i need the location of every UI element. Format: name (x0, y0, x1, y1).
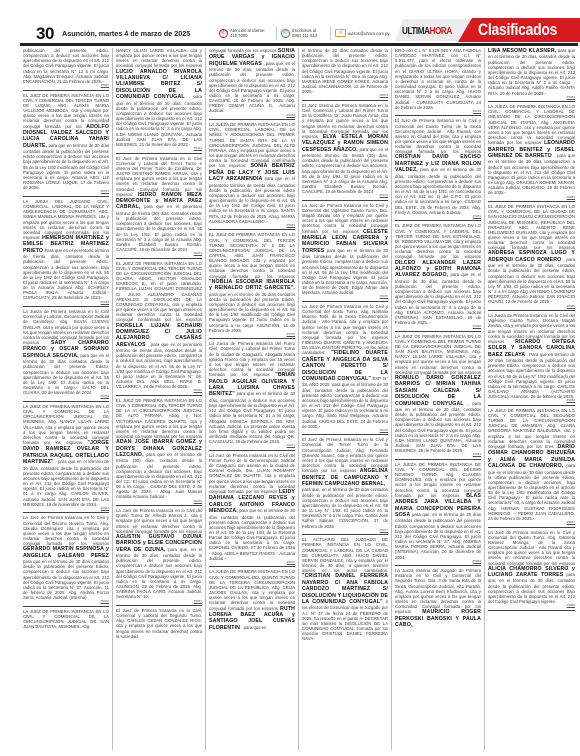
page-number: 30 (36, 24, 54, 44)
notice-code: #5084 (488, 196, 575, 200)
legal-notice: EL JUEZ DE PRIMERA INSTANCIA EN LO CIVIL… (116, 398, 202, 506)
notice-code: #5086 (488, 399, 575, 403)
notice-code: #5059 (23, 395, 109, 399)
legal-notice: La Juez de Primera Instancia en lo Civil… (302, 203, 388, 302)
column-6: LINA MESOMO KLASNER, para que en el térm… (485, 48, 578, 750)
notice-text-continued: EXP. N° 28, AÑO 2025, para que en el tér… (302, 376, 388, 429)
legal-notice: La Jueza de Primera Instancia en lo Civi… (488, 313, 575, 406)
notice-text-continued: para que en el término de 30 días contad… (209, 292, 295, 333)
legal-notice: el término de 30 días contados desde la … (302, 48, 388, 101)
notice-text-continued: , para que, en el término de 30 días con… (302, 481, 388, 529)
legal-notice: NANCY LILIAN LARRE VILLALBA, cita y empl… (116, 48, 202, 154)
contact-whatsapp: ✆ Escríbinos al 0981 111 013 (276, 26, 317, 40)
notice-code: #5078 (395, 110, 481, 114)
notice-code: #5081 (395, 453, 481, 457)
column-1: publicación del presente edicto, compare… (20, 48, 113, 750)
phone-icon: ✆ (219, 29, 228, 38)
contact-phone-value: 415 7000 (230, 33, 247, 38)
notice-code: #5087 (488, 521, 575, 525)
mail-icon: ✉ (335, 29, 346, 37)
legal-notice: LINA MESOMO KLASNER, para que en el térm… (488, 48, 575, 102)
notice-text: EL JUEZ DE PRIMERA INSTANCIA EN LO CIVIL… (209, 232, 295, 278)
notice-text-continued: para que en el término de 30 días, conta… (395, 272, 481, 325)
notice-text-continued: para que en el término de 30 días contad… (302, 248, 388, 296)
notice-text-continued: , para que en el término de 30 días, con… (116, 94, 202, 147)
notice-text-continued: para que en el término de 30 días contad… (23, 559, 109, 600)
notice-code: #5072 (209, 561, 295, 565)
legal-notice: La Juez de Primera Instancia en lo Civil… (488, 530, 575, 611)
notice-text: La Juez de Primera Instancia en lo Civil… (488, 530, 575, 566)
notice-code: #5071 (209, 444, 295, 448)
legal-notice: LA JUEZA DE PRIMERA INSTANCIA DE CIVIL Y… (395, 462, 481, 566)
notice-code: #5077 (302, 529, 388, 533)
notice-code: #5068 (209, 114, 295, 118)
notice-code: #5083 (488, 96, 575, 100)
notice-code: #5075 (302, 295, 388, 299)
notice-text-continued: para que en el término de 30 días contad… (488, 463, 575, 521)
notice-code: #5074 (302, 194, 388, 198)
legal-notice: LA JUEZ DE PRIMERA INSTANCIA EN LO CIVIL… (23, 404, 109, 513)
notice-text: el término de 30 días contados desde la … (302, 48, 388, 94)
section-banner: Clasificados (458, 18, 580, 42)
legal-notice: La Jueza de Primera Instancia en lo Civi… (23, 309, 109, 402)
legal-notice: EL JUEZ DE PRIMERA INSTANCIA EN LO CIVIL… (209, 232, 295, 339)
column-4: el término de 30 días contados desde la … (299, 48, 392, 750)
notice-code: #5076 (302, 429, 388, 433)
notice-text-continued: para que en el término de treinta (30) d… (116, 452, 202, 500)
legal-notice: EL JUEZ DE PRIMERA INSTANCIA EN LO CIVIL… (395, 223, 481, 331)
notice-text: La Juez de Primera Instancia en lo Civil… (209, 453, 295, 494)
spouses-names: LINA MESOMO KLASNER, (488, 48, 556, 54)
spouses-names: ANDRESA ESPINOZA LUGO Y ADERQUI CASCO RO… (488, 250, 575, 262)
legal-notice: La Jueza Interina del Juzgado de Primera… (395, 568, 481, 630)
notice-text-continued: , para que en el término de 30 días, con… (488, 257, 575, 305)
notice-text: El Juez de Primera Instancia en lo Civil… (395, 118, 481, 154)
notice-code: #5062 (23, 600, 109, 604)
legal-notice: LA JUEZA DE PRIMERA INSTANCIA EN LO CIVI… (209, 569, 295, 633)
contact-whatsapp-value: 0981 111 013 (292, 33, 317, 38)
notice-text-continued: Para que en el perentorio término de tre… (23, 248, 109, 301)
legal-notice: LA JUEZ DE PRIMERA INSTANCIA EN LO CIVIL… (23, 609, 109, 632)
notice-text-continued: para que, en el término de 30 días conta… (395, 512, 481, 560)
notice-code: #5082 (395, 560, 481, 564)
notice-text: EL JUEZ DE PRIMERA INSTANCIA EN LO CIVIL… (395, 223, 481, 259)
publication-date: Asunción, martes 4 de marzo de 2025 (62, 29, 190, 38)
column-3: conyugal formada por los esposos SONIA O… (206, 48, 299, 750)
legal-notice: El Juez de Primera Instancia en lo Civil… (395, 118, 481, 221)
notice-text: La Juez de Primera Instancia en lo Civil… (116, 508, 202, 534)
legal-notice: El Juez de Primera Instancia en lo Civil… (116, 608, 202, 641)
notice-text-continued: , para que en el perentorio término de t… (116, 342, 202, 390)
notice-text-continued: para que en el término de 30 días contad… (23, 353, 109, 395)
notice-text-continued: para que en el término de 30 días, conta… (488, 48, 575, 96)
notice-code: #5080 (395, 325, 481, 329)
notice-code: #5061 (23, 507, 109, 511)
legal-notice: EL JUEZ DE PRIMERA INSTANCIA EN LO CIVIL… (23, 93, 109, 197)
notice-text: La Juez de Primera Instancia en lo Civil… (302, 304, 388, 355)
ultimahora-logo: ULTIMAHORA (402, 25, 452, 37)
notice-text: LA JUEZA DE PRIMERA INSTANCIA EN LO CIVI… (209, 122, 295, 168)
notice-text: EL JUEZ DE PRIMERA INSTANCIA EN LO CIVIL… (116, 398, 202, 439)
classifieds-columns: publicación del presente edicto, compare… (20, 48, 578, 750)
notice-code: #5060 (23, 84, 109, 88)
legal-notice: LA JUEZ DE PRIMERA INSTANCIA EN LO CIVIL… (488, 408, 575, 528)
notice-text: El Juez de Primera Instancia en lo Civil… (116, 608, 202, 639)
legal-notice: EL JUEZ DE PRIMERA INSTANCIA EN LO CIVIL… (116, 261, 202, 396)
spouses-names: "CRISTIAN DANIEL FERREIRA NAVARRO C/ ANA… (302, 573, 388, 605)
notice-code: #5057 (23, 190, 109, 194)
notice-text: LA JUEZ DE PRIMERA INSTANCIA EN LO CIVIL… (23, 609, 109, 629)
notice-text: La Jueza Interina del Juzgado de Primera… (395, 568, 481, 614)
spouses-names: ALICIA CHAMORRO SILVERO y LUCIANO ZARATE… (488, 566, 575, 578)
notice-code: #5063 (116, 147, 202, 151)
notice-text-continued: . Para que en término de 30 días contado… (488, 352, 575, 400)
legal-notice: LA JUEZA DE PRIMERA INSTANCIA EN LO CIVI… (488, 104, 575, 202)
page-header: 30 Asunción, martes 4 de marzo de 2025 ✆… (0, 0, 580, 42)
notice-text-continued: , para que en el término de 30 días, con… (395, 401, 481, 454)
column-2: NANCY LILIAN LARRE VILLALBA, cita y empl… (113, 48, 206, 750)
legal-notice: La Jueza de Primera Instancia del Fuero … (209, 341, 295, 450)
notice-code: #5073 (302, 94, 388, 98)
notice-text-continued: , para que en el término de 30 días comp… (488, 153, 575, 195)
contact-email: ✉ avisos@uhora.com.py (330, 26, 390, 40)
notice-text-continued: a los efectos de comunicar que el Juzgad… (302, 599, 388, 641)
notice-text-continued: para que en el término de 30 días, conta… (395, 167, 481, 215)
contact-email-value: avisos@uhora.com.py (348, 31, 390, 36)
legal-notice: LA JUEZ DE PRIMERA INSTANCIA EN LO CIVIL… (395, 334, 481, 460)
legal-notice: RRO con C.I. N° 5.229.048 Y ANA FABIOLA … (395, 48, 481, 116)
notice-text: EL JUEZ DE PRIMERA INSTANCIA EN LO CIVIL… (488, 204, 575, 250)
legal-notice: La Juez de Primera Instancia en lo Civil… (23, 515, 109, 607)
column-5: RRO con C.I. N° 5.229.048 Y ANA FABIOLA … (392, 48, 485, 750)
notice-text: RRO con C.I. N° 5.229.048 Y ANA FABIOLA … (395, 48, 481, 110)
notice-text: publicación del presente edicto, compare… (23, 48, 109, 84)
notice-text-continued: para que en el término de 30 días, compa… (209, 391, 295, 444)
notice-code: #5079 (395, 215, 481, 219)
notice-code: #5070 (209, 333, 295, 337)
whatsapp-icon: ✆ (281, 29, 290, 38)
legal-notice: La Juez de Primera Instancia en lo Civil… (116, 508, 202, 606)
notice-text: LA JUEZ DE PRIMERA INSTANCIA EN LO CIVIL… (488, 408, 575, 449)
notice-text-continued: para que en término de 30 días contados … (23, 143, 109, 191)
section-title: Clasificados (478, 20, 557, 40)
spouses-names: "NOBLIA ESCOBAR IBARROLA y REINALDO ORTI… (209, 279, 295, 291)
notice-code: #5085 (488, 305, 575, 309)
notice-code: #5066 (116, 500, 202, 504)
notice-code: #5064 (116, 252, 202, 256)
notice-text-continued: , para que en el término de 30 días, con… (23, 459, 109, 507)
legal-notice: El Juez de Primera Instancia en lo Civil… (302, 437, 388, 535)
notice-code: #5069 (209, 224, 295, 228)
notice-text: LA JUEZ DE PRIMERA INSTANCIA EN LO CIVIL… (23, 404, 109, 445)
notice-text: LA JUEZ DE PRIMERA INSTANCIA EN LO CIVIL… (395, 334, 481, 375)
header-rule (20, 43, 578, 46)
notice-text: LA JUEZA DE PRIMERA INSTANCIA EN LO CIVI… (209, 569, 295, 610)
notice-text-continued: para que en el perentorio término de tre… (209, 176, 295, 224)
legal-notice: EL ACTUARIO DEL JUZGADO DE PRIMERA INSTA… (302, 537, 388, 643)
notice-text-continued: , para que, en el término de 30 días, co… (209, 61, 295, 114)
notice-text: conyugal formada por los esposos (209, 48, 276, 53)
legal-notice: La Juez de Primera Instancia en lo Civil… (302, 304, 388, 435)
notice-code: #5067 (116, 600, 202, 604)
notice-text-continued: para que en el perentorio término de tre… (116, 204, 202, 252)
legal-notice: El Juez Interino de Primera Instancia en… (302, 103, 388, 201)
notice-code: #5058 (23, 301, 109, 305)
legal-notice: conyugal formada por los esposos SONIA O… (209, 48, 295, 120)
notice-text: LA JUEZA DEL JUZGADO CIVIL, COMERCIAL, L… (23, 199, 109, 240)
legal-notice: El Juez de Primera Instancia en lo Civil… (116, 156, 202, 259)
notice-text: EL ACTUARIO DEL JUZGADO DE PRIMERA INSTA… (302, 537, 388, 573)
notice-code: #5065 (116, 389, 202, 393)
notice-text: La Juez de Primera Instancia en lo Civil… (23, 515, 109, 546)
notice-text-continued: para que en el término de 30 días contad… (209, 508, 295, 561)
notice-text-continued: para que en el perentorio término de tre… (302, 147, 388, 195)
notice-text-continued: , para que en (241, 625, 266, 630)
notice-text: El Juez de Primera Instancia en lo Civil… (116, 156, 202, 197)
notice-text: LA JUEZA DE PRIMERA INSTANCIA EN LO CIVI… (488, 104, 575, 145)
notice-text: EL JUEZ DE PRIMERA INSTANCIA EN LO CIVIL… (116, 261, 202, 323)
notice-code: #5088 (488, 604, 575, 608)
legal-notice: La Juez de Primera Instancia en lo Civil… (209, 453, 295, 568)
legal-notice: LA JUEZA DEL JUZGADO CIVIL, COMERCIAL, L… (23, 199, 109, 307)
notice-text: NANCY LILIAN LARRE VILLALBA, cita y empl… (116, 48, 202, 68)
legal-notice: EL JUEZ DE PRIMERA INSTANCIA EN LO CIVIL… (488, 204, 575, 311)
notice-text-continued: para que, en el término de 30 días, cont… (116, 547, 202, 600)
legal-notice: LA JUEZA DE PRIMERA INSTANCIA EN LO CIVI… (209, 122, 295, 230)
legal-notice: publicación del presente edicto, compare… (23, 48, 109, 91)
contact-phone: ✆ Atención al cliente: 415 7000 (219, 26, 265, 40)
spouses-names: GERARDO MARTIN ESPINOSA y ANGELICA GALEA… (23, 546, 109, 558)
